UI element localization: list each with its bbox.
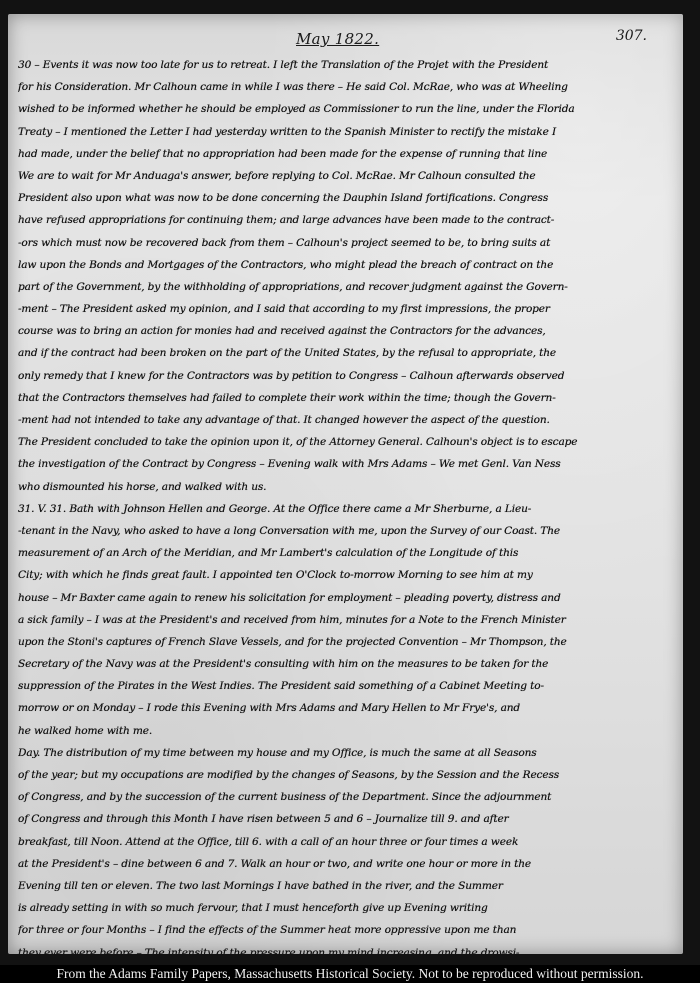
diary-text: 30 – Events it was now too late for us t… bbox=[18, 54, 678, 954]
text-line: -ment – The President asked my opinion, … bbox=[18, 298, 678, 320]
text-line: course was to bring an action for monies… bbox=[18, 320, 678, 342]
text-line: upon the Stoni's captures of French Slav… bbox=[18, 631, 678, 653]
text-line: only remedy that I knew for the Contract… bbox=[18, 365, 678, 387]
text-line: wished to be informed whether he should … bbox=[18, 98, 678, 120]
text-line: had made, under the belief that no appro… bbox=[18, 143, 678, 165]
text-line: measurement of an Arch of the Meridian, … bbox=[18, 542, 678, 564]
text-line: 31. V. 31. Bath with Johnson Hellen and … bbox=[18, 498, 678, 520]
text-line: for his Consideration. Mr Calhoun came i… bbox=[18, 76, 678, 98]
text-line: is already setting in with so much fervo… bbox=[18, 897, 678, 919]
text-line: The President concluded to take the opin… bbox=[18, 431, 678, 453]
text-line: 30 – Events it was now too late for us t… bbox=[18, 54, 678, 76]
text-line: We are to wait for Mr Anduaga's answer, … bbox=[18, 165, 678, 187]
text-line: Day. The distribution of my time between… bbox=[18, 742, 678, 764]
text-line: part of the Government, by the withholdi… bbox=[18, 276, 678, 298]
scan-frame: May 1822. 307. 30 – Events it was now to… bbox=[0, 0, 700, 965]
text-line: breakfast, till Noon. Attend at the Offi… bbox=[18, 831, 678, 853]
text-line: -tenant in the Navy, who asked to have a… bbox=[18, 520, 678, 542]
manuscript-page: May 1822. 307. 30 – Events it was now to… bbox=[8, 14, 683, 954]
text-line: who dismounted his horse, and walked wit… bbox=[18, 476, 678, 498]
text-line: law upon the Bonds and Mortgages of the … bbox=[18, 254, 678, 276]
text-line: that the Contractors themselves had fail… bbox=[18, 387, 678, 409]
text-line: Secretary of the Navy was at the Preside… bbox=[18, 653, 678, 675]
text-line: President also upon what was now to be d… bbox=[18, 187, 678, 209]
text-line: City; with which he finds great fault. I… bbox=[18, 564, 678, 586]
text-line: and if the contract had been broken on t… bbox=[18, 342, 678, 364]
page-number: 307. bbox=[616, 28, 647, 44]
text-line: a sick family – I was at the President's… bbox=[18, 609, 678, 631]
text-line: house – Mr Baxter came again to renew hi… bbox=[18, 587, 678, 609]
text-line: Evening till ten or eleven. The two last… bbox=[18, 875, 678, 897]
text-line: he walked home with me. bbox=[18, 720, 678, 742]
text-line: morrow or on Monday – I rode this Evenin… bbox=[18, 697, 678, 719]
month-title: May 1822. bbox=[296, 30, 379, 48]
text-line: of Congress, and by the succession of th… bbox=[18, 786, 678, 808]
text-line: -ment had not intended to take any advan… bbox=[18, 409, 678, 431]
text-line: the investigation of the Contract by Con… bbox=[18, 453, 678, 475]
text-line: Treaty – I mentioned the Letter I had ye… bbox=[18, 121, 678, 143]
text-line: for three or four Months – I find the ef… bbox=[18, 919, 678, 941]
copyright-credit: From the Adams Family Papers, Massachuse… bbox=[0, 965, 700, 983]
text-line: they ever were before – The intensity of… bbox=[18, 942, 678, 955]
text-line: at the President's – dine between 6 and … bbox=[18, 853, 678, 875]
text-line: of the year; but my occupations are modi… bbox=[18, 764, 678, 786]
page-header: May 1822. 307. bbox=[8, 30, 683, 52]
text-line: have refused appropriations for continui… bbox=[18, 209, 678, 231]
text-line: of Congress and through this Month I hav… bbox=[18, 808, 678, 830]
text-line: -ors which must now be recovered back fr… bbox=[18, 232, 678, 254]
text-line: suppression of the Pirates in the West I… bbox=[18, 675, 678, 697]
